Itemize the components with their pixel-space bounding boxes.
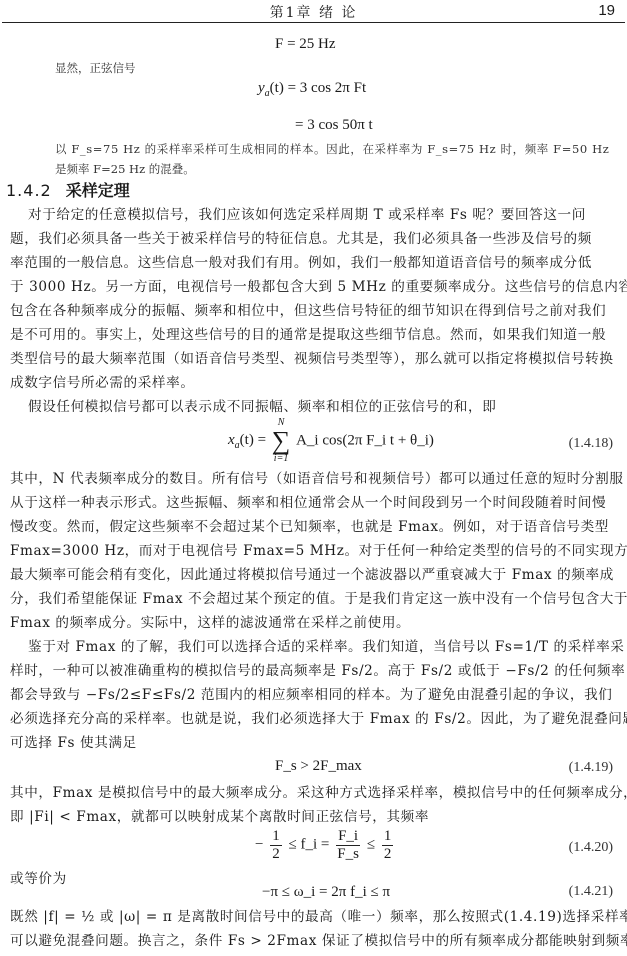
eq18-x: x bbox=[228, 432, 235, 448]
equation-1-4-19: F_s > 2F_max bbox=[275, 758, 362, 775]
eq18-lhs-rest: (t) = bbox=[240, 432, 266, 448]
p3-line: 最大频率可能会稍有变化，因此通过将模拟信号通过一个滤波器以严重衰减大于 Fmax… bbox=[10, 566, 618, 585]
section-heading: 1.4.2采样定理 bbox=[6, 178, 130, 201]
equation-F-25Hz: F = 25 Hz bbox=[275, 36, 336, 53]
text-obviously-sine: 显然，正弦信号 bbox=[55, 60, 136, 76]
p3-line: Fmax=3000 Hz，而对于电视信号 Fmax=5 MHz。对于任何一种给定… bbox=[10, 542, 618, 561]
p1-line: 成数字信号所必需的采样率。 bbox=[10, 374, 618, 393]
paragraph-aliasing-line1: 以 F_s=75 Hz 的采样率采样可生成相同的样本。因此，在采样率为 F_s=… bbox=[55, 141, 623, 157]
eq-ya-symbol: y bbox=[258, 80, 265, 96]
equation-number-1-4-21: (1.4.21) bbox=[569, 884, 613, 900]
equation-1-4-20: − 12 ≤ f_i = F_iF_s ≤ 12 bbox=[255, 828, 396, 862]
p1-line: 题，我们必须具备一些关于被采样信号的特征信息。尤其是，我们必须具备一些涉及信号的… bbox=[10, 230, 618, 249]
p4-line: 样时，一种可以被准确重构的模拟信号的最高频率是 Fs/2。高于 Fs/2 或低于… bbox=[10, 662, 618, 681]
fraction-one-half: 12 bbox=[270, 828, 282, 862]
sigma-icon: ∑ bbox=[272, 428, 291, 454]
section-title: 采样定理 bbox=[66, 181, 130, 200]
section-number: 1.4.2 bbox=[6, 181, 52, 200]
equation-ya: ya(t) = 3 cos 2π Ft bbox=[258, 80, 366, 99]
p1-line: 包含在各种频率成分的振幅、频率和相位中，但这些信号特征的细节知识在得到信号之前对… bbox=[10, 302, 618, 321]
p5-line: 即 |Fi| < Fmax，就都可以映射成某个离散时间正弦信号，其频率 bbox=[10, 808, 618, 827]
page-number: 19 bbox=[598, 2, 615, 19]
sum-lower-limit: i=1 bbox=[272, 454, 291, 464]
equation-1-4-18: xa(t) = N ∑ i=1 A_i cos(2π F_i t + θ_i) bbox=[228, 418, 434, 464]
equation-number-1-4-18: (1.4.18) bbox=[569, 436, 613, 452]
p1-line: 率范围的一般信息。这些信息一般对我们有用。例如，我们一般都知道语音信号的频率成分… bbox=[10, 254, 618, 273]
p1-line: 是不可用的。事实上，处理这些信号的目的通常是提取这些细节信息。然而，如果我们知道… bbox=[10, 326, 618, 345]
p4-line: 鉴于对 Fmax 的了解，我们可以选择合适的采样率。我们知道，当信号以 Fs=1… bbox=[28, 638, 618, 657]
p4-line: 可选择 Fs 使其满足 bbox=[10, 734, 618, 753]
eq20-mid: ≤ f_i = bbox=[288, 837, 329, 853]
p1-line: 对于给定的任意模拟信号，我们应该如何选定采样周期 T 或采样率 Fs 呢？要回答… bbox=[28, 206, 618, 225]
p3-line: 慢改变。然而，假定这些频率不会超过某个已知频率，也就是 Fmax。例如，对于语音… bbox=[10, 518, 618, 537]
fraction-one-half: 12 bbox=[382, 828, 394, 862]
p2-line: 假设任何模拟信号都可以表示成不同振幅、频率和相位的正弦信号的和，即 bbox=[28, 398, 618, 417]
equation-ya-line2: = 3 cos 50π t bbox=[295, 117, 373, 134]
header-rule bbox=[2, 22, 625, 23]
eq20-right-op: ≤ bbox=[367, 837, 375, 853]
p3-line: 分，我们希望能保证 Fmax 不会超过某个预定的值。于是我们肯定这一族中没有一个… bbox=[10, 590, 618, 609]
eq18-rhs: A_i cos(2π F_i t + θ_i) bbox=[296, 433, 434, 449]
fraction-Fi-over-Fs: F_iF_s bbox=[336, 828, 360, 862]
p6-line: 可以避免混叠问题。换言之，条件 Fs > 2Fmax 保证了模拟信号中的所有频率… bbox=[10, 932, 618, 951]
p4-line: 都会导致与 −Fs/2≤F≤Fs/2 范围内的相应频率相同的样本。为了避免由混叠… bbox=[10, 686, 618, 705]
eq-ya-rhs: (t) = 3 cos 2π Ft bbox=[270, 80, 366, 96]
p3-line: Fmax 的频率成分。实际中，这样的滤波通常在采样之前使用。 bbox=[10, 614, 618, 633]
paragraph-aliasing-line2: 是频率 F=25 Hz 的混叠。 bbox=[55, 161, 195, 177]
p1-line: 于 3000 Hz。另一方面，电视信号一般都包含大到 5 MHz 的重要频率成分… bbox=[10, 278, 618, 297]
equation-number-1-4-20: (1.4.20) bbox=[569, 840, 613, 856]
p3-line: 其中，N 代表频率成分的数目。所有信号（如语音信号和视频信号）都可以通过任意的短… bbox=[10, 470, 618, 489]
p5-line: 其中，Fmax 是模拟信号中的最大频率成分。采这种方式选择采样率，模拟信号中的任… bbox=[10, 784, 618, 803]
p3-line: 从于这样一种表示形式。这些振幅、频率和相位通常会从一个时间段到另一个时间段随着时… bbox=[10, 494, 618, 513]
p4-line: 必须选择充分高的采样率。也就是说，我们必须选择大于 Fmax 的 Fs/2。因此… bbox=[10, 710, 618, 729]
equation-number-1-4-19: (1.4.19) bbox=[569, 760, 613, 776]
eq20-minus: − bbox=[255, 837, 263, 853]
equation-1-4-21: −π ≤ ω_i = 2π f_i ≤ π bbox=[262, 884, 390, 901]
summation-sign: N ∑ i=1 bbox=[272, 418, 291, 464]
running-header-chapter-title: 第1章 绪 论 bbox=[0, 2, 627, 22]
p6-line: 既然 |f| = ½ 或 |ω| = π 是离散时间信号中的最高（唯一）频率，那… bbox=[10, 908, 618, 927]
p1-line: 类型信号的最大频率范围（如语音信号类型、视频信号类型等），那么就可以指定将模拟信… bbox=[10, 350, 618, 369]
